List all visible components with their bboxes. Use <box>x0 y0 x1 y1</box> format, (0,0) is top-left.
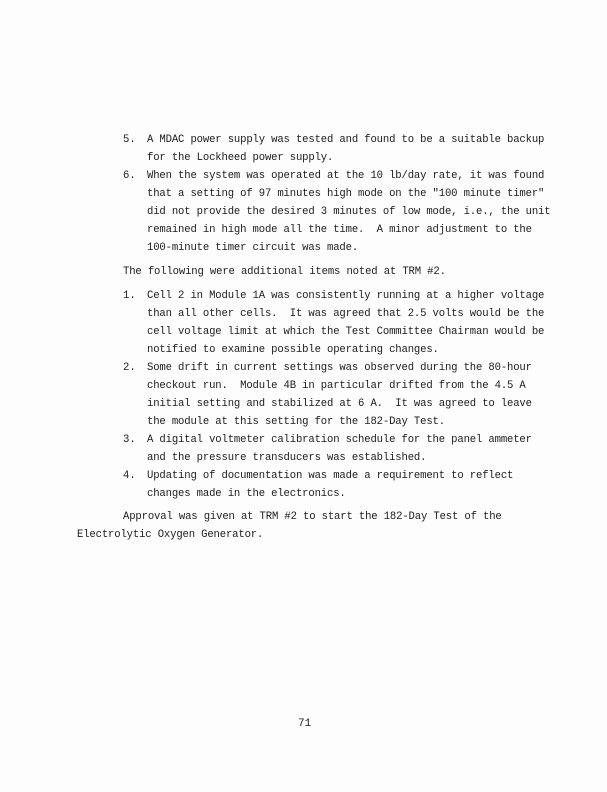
item-1-line-2: than all other cells. It was agreed that… <box>147 308 544 321</box>
closing-paragraph-line-2: Electrolytic Oxygen Generator. <box>77 529 263 542</box>
item-4-line-1: Updating of documentation was made a req… <box>147 470 513 483</box>
document-page: 5. A MDAC power supply was tested and fo… <box>0 0 607 792</box>
closing-paragraph-line-1: Approval was given at TRM #2 to start th… <box>123 511 502 524</box>
item-2-number: 2. <box>123 362 136 375</box>
item-3-number: 3. <box>123 434 136 447</box>
item-3-line-1: A digital voltmeter calibration schedule… <box>147 434 532 447</box>
intro-paragraph: The following were additional items note… <box>123 266 446 279</box>
item-5-line-2: for the Lockheed power supply. <box>147 152 333 165</box>
item-5-line-1: A MDAC power supply was tested and found… <box>147 134 544 147</box>
item-6-line-1: When the system was operated at the 10 l… <box>147 170 544 183</box>
item-1-line-1: Cell 2 in Module 1A was consistently run… <box>147 290 544 303</box>
item-2-line-1: Some drift in current settings was obser… <box>147 362 532 375</box>
item-2-line-4: the module at this setting for the 182-D… <box>147 416 445 429</box>
item-1-line-4: notified to examine possible operating c… <box>147 344 439 357</box>
item-2-line-3: initial setting and stabilized at 6 A. I… <box>147 398 532 411</box>
item-4-number: 4. <box>123 470 136 483</box>
item-6-line-2: that a setting of 97 minutes high mode o… <box>147 188 544 201</box>
item-1-number: 1. <box>123 290 136 303</box>
item-6-line-5: 100-minute timer circuit was made. <box>147 242 358 255</box>
item-6-number: 6. <box>123 170 136 183</box>
page-number: 71 <box>298 718 311 730</box>
item-1-line-3: cell voltage limit at which the Test Com… <box>147 326 544 339</box>
item-6-line-4: remained in high mode all the time. A mi… <box>147 224 532 237</box>
item-2-line-2: checkout run. Module 4B in particular dr… <box>147 380 526 393</box>
item-4-line-2: changes made in the electronics. <box>147 488 346 501</box>
item-3-line-2: and the pressure transducers was establi… <box>147 452 426 465</box>
item-6-line-3: did not provide the desired 3 minutes of… <box>147 206 550 219</box>
item-5-number: 5. <box>123 134 136 147</box>
